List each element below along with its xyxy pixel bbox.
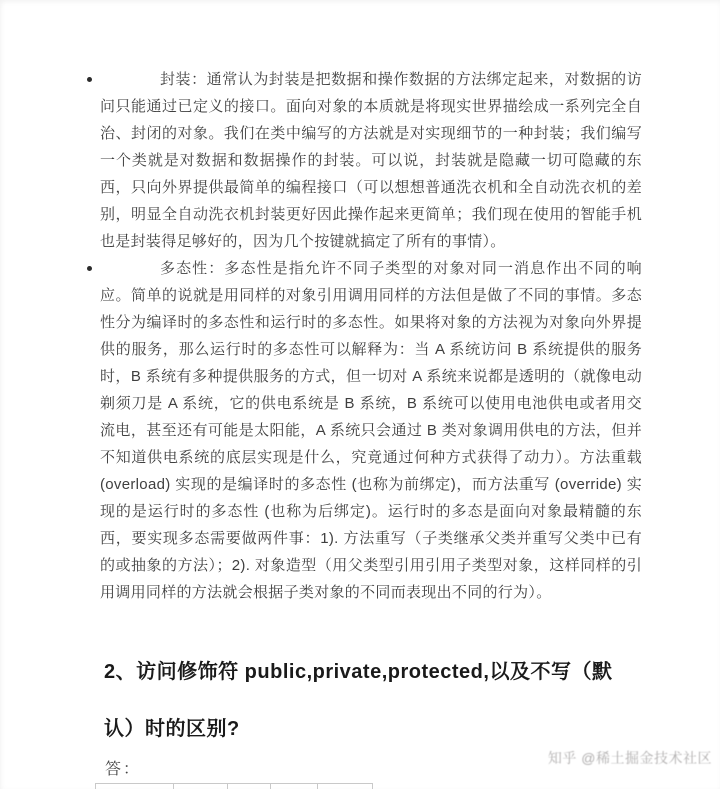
list-item-polymorphism: 多态性：多态性是指允许不同子类型的对象对同一消息作出不同的响应。简单的说就是用同…	[100, 255, 642, 606]
bullet-list: 封装：通常认为封装是把数据和操作数据的方法绑定起来，对数据的访问只能通过已定义的…	[100, 66, 642, 606]
answer-label: 答：	[105, 756, 141, 779]
table-cell	[318, 784, 373, 789]
partial-table	[95, 783, 373, 789]
table-cell	[95, 784, 174, 789]
bullet-icon	[87, 266, 92, 271]
table-cell	[174, 784, 228, 789]
list-item-encapsulation: 封装：通常认为封装是把数据和操作数据的方法绑定起来，对数据的访问只能通过已定义的…	[100, 66, 642, 255]
document-page: 封装：通常认为封装是把数据和操作数据的方法绑定起来，对数据的访问只能通过已定义的…	[0, 0, 720, 789]
watermark: 知乎 @稀土掘金技术社区	[548, 748, 712, 768]
table-cell	[228, 784, 271, 789]
document-content: 封装：通常认为封装是把数据和操作数据的方法绑定起来，对数据的访问只能通过已定义的…	[100, 66, 642, 758]
paragraph-encapsulation: 封装：通常认为封装是把数据和操作数据的方法绑定起来，对数据的访问只能通过已定义的…	[100, 71, 642, 250]
bullet-icon	[87, 77, 92, 82]
table-cell	[271, 784, 318, 789]
section-heading: 2、访问修饰符 public,private,protected,以及不写（默认…	[104, 644, 624, 758]
paragraph-polymorphism: 多态性：多态性是指允许不同子类型的对象对同一消息作出不同的响应。简单的说就是用同…	[100, 260, 642, 601]
